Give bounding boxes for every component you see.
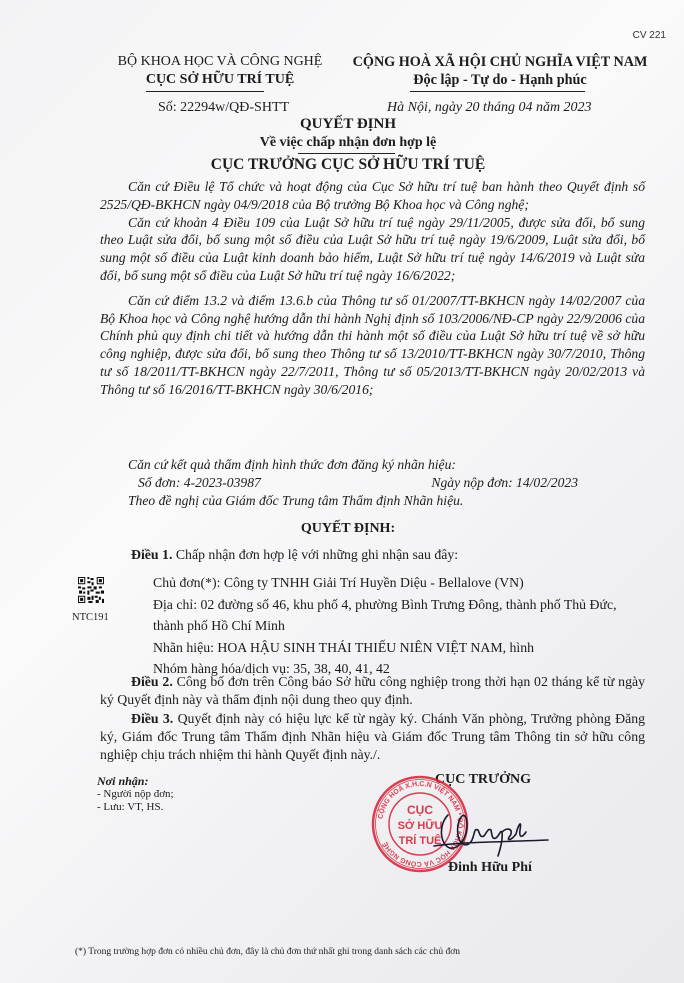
- applicant: Chủ đơn(*): Công ty TNHH Giải Trí Huyền …: [153, 572, 643, 594]
- applicant-address: Địa chỉ: 02 đường số 46, khu phố 4, phườ…: [153, 594, 643, 637]
- article-label: Điều 1.: [131, 547, 172, 562]
- preamble: Căn cứ Điều lệ Tổ chức và hoạt động của …: [100, 178, 645, 399]
- application-details: Chủ đơn(*): Công ty TNHH Giải Trí Huyền …: [153, 572, 643, 680]
- national-header: CỘNG HOÀ XÃ HỘI CHỦ NGHĨA VIỆT NAM Độc l…: [345, 53, 655, 89]
- article-label: Điều 3.: [131, 711, 173, 726]
- article-text: Quyết định này có hiệu lực kể từ ngày ký…: [100, 711, 645, 762]
- preamble-paragraph: Căn cứ Điều lệ Tổ chức và hoạt động của …: [100, 178, 645, 214]
- application-info: Số đơn: 4-2023-03987 Ngày nộp đơn: 14/02…: [128, 474, 648, 492]
- qr-code-icon[interactable]: [78, 577, 104, 603]
- examination-basis: Căn cứ kết quả thẩm định hình thức đơn đ…: [128, 456, 648, 474]
- document-number: Số: 22294w/QĐ-SHTT: [158, 100, 289, 116]
- preamble-paragraph: Căn cứ khoản 4 Điều 109 của Luật Sở hữu …: [100, 214, 645, 285]
- recipients-label: Nơi nhận:: [97, 775, 174, 788]
- preamble-paragraph: Căn cứ điểm 13.2 và điểm 13.6.b của Thôn…: [100, 292, 645, 399]
- recipients: Nơi nhận: - Người nộp đơn; - Lưu: VT, HS…: [97, 775, 174, 814]
- article-label: Điều 2.: [131, 674, 173, 689]
- article-3: Điều 3. Quyết định này có hiệu lực kể từ…: [100, 710, 645, 763]
- divider: [410, 91, 585, 92]
- qr-label: NTC191: [72, 612, 109, 623]
- decision-heading: QUYẾT ĐỊNH:: [0, 521, 684, 537]
- document-title: QUYẾT ĐỊNH: [0, 116, 684, 133]
- ministry-name: BỘ KHOA HỌC VÀ CÔNG NGHỆ: [100, 53, 340, 71]
- proposal-text: Theo đề nghị của Giám đốc Trung tâm Thẩm…: [128, 492, 648, 510]
- article-2: Điều 2. Công bố đơn trên Công báo Sở hữu…: [100, 673, 645, 709]
- agency-name: CỤC SỞ HỮU TRÍ TUỆ: [100, 71, 340, 89]
- signer-name: Đinh Hữu Phí: [448, 860, 532, 876]
- examination-block: Căn cứ kết quả thẩm định hình thức đơn đ…: [128, 456, 648, 509]
- article-1: Điều 1. Chấp nhận đơn hợp lệ với những g…: [131, 547, 458, 563]
- place-date: Hà Nội, ngày 20 tháng 04 năm 2023: [387, 100, 592, 116]
- divider: [298, 153, 395, 154]
- trademark: Nhãn hiệu: HOA HẬU SINH THÁI THIẾU NIÊN …: [153, 637, 643, 659]
- application-number: Số đơn: 4-2023-03987: [138, 474, 261, 492]
- issuer-block: BỘ KHOA HỌC VÀ CÔNG NGHỆ CỤC SỞ HỮU TRÍ …: [100, 53, 340, 89]
- document-code: CV 221: [633, 30, 666, 41]
- article-text: Chấp nhận đơn hợp lệ với những ghi nhận …: [176, 547, 458, 562]
- filing-date: Ngày nộp đơn: 14/02/2023: [431, 474, 578, 492]
- divider: [146, 91, 264, 92]
- signature-icon: [430, 800, 550, 860]
- recipient-item: - Người nộp đơn;: [97, 788, 174, 801]
- recipient-item: - Lưu: VT, HS.: [97, 801, 174, 814]
- country-name: CỘNG HOÀ XÃ HỘI CHỦ NGHĨA VIỆT NAM: [345, 53, 655, 71]
- national-motto: Độc lập - Tự do - Hạnh phúc: [345, 71, 655, 89]
- issuing-authority: CỤC TRƯỞNG CỤC SỞ HỮU TRÍ TUỆ: [0, 156, 684, 174]
- footnote: (*) Trong trường hợp đơn có nhiều chủ đơ…: [75, 947, 460, 957]
- article-text: Công bố đơn trên Công báo Sở hữu công ng…: [100, 674, 645, 707]
- document-subject: Về việc chấp nhận đơn hợp lệ: [0, 135, 684, 151]
